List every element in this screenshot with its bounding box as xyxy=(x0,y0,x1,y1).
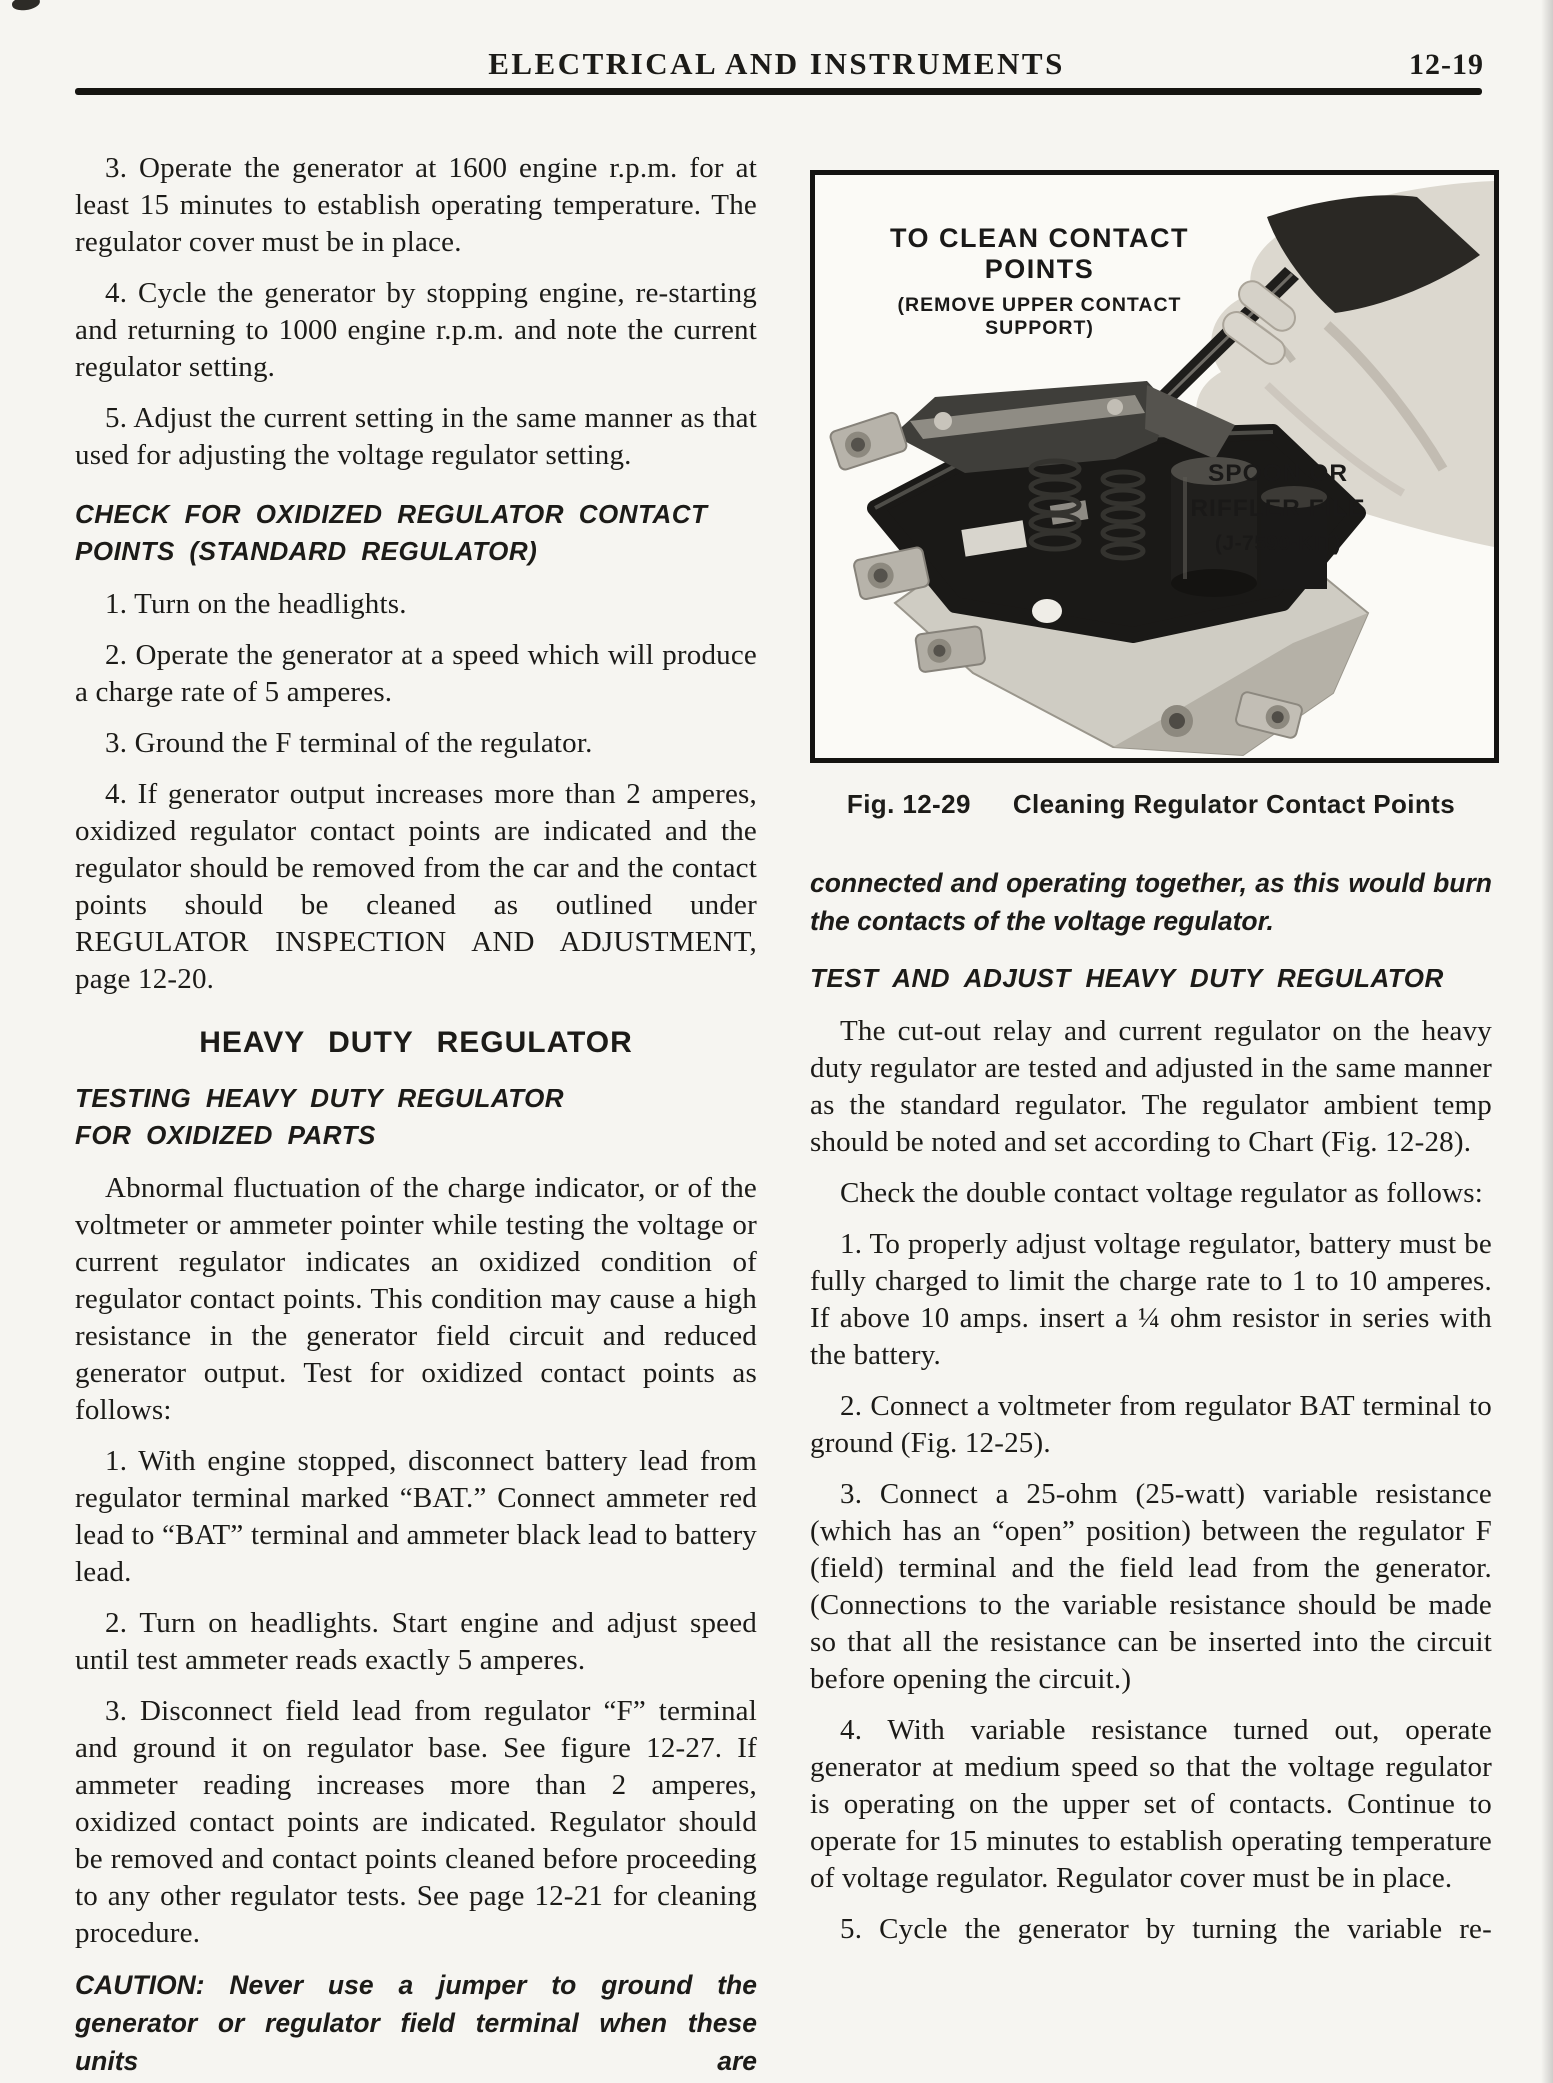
paragraph-engine-stopped: 1. With engine stopped, disconnect batte… xyxy=(75,1443,757,1591)
paragraph-disconnect-field-lead: 3. Disconnect field lead from regulator … xyxy=(75,1693,757,1952)
figure-label-line: (REMOVE UPPER CONTACT SUPPORT) xyxy=(867,294,1212,340)
paragraph-check-double-contact: Check the double contact voltage regulat… xyxy=(810,1175,1492,1212)
left-column: 3. Operate the generator at 1600 engine … xyxy=(75,150,757,2080)
section-heading-check-oxidized: CHECK FOR OXIDIZED REGULATOR CONTACT POI… xyxy=(75,496,757,570)
section-heading-heavy-duty-regulator: HEAVY DUTY REGULATOR xyxy=(75,1026,757,1060)
figure-caption-number: Fig. 12-29 xyxy=(847,789,971,819)
paragraph-generator-output: 4. If generator output increases more th… xyxy=(75,776,757,998)
paragraph-connected-continuation: connected and operating together, as thi… xyxy=(810,864,1492,940)
figure-label-clean-contact-points: TO CLEAN CONTACT POINTS (REMOVE UPPER CO… xyxy=(867,223,1212,340)
caution-note: CAUTION: Never use a jumper to ground th… xyxy=(75,1966,757,2080)
paragraph-operate-speed: 2. Operate the generator at a speed whic… xyxy=(75,637,757,711)
figure-caption-title: Cleaning Regulator Contact Points xyxy=(1013,789,1455,819)
figure-label-spoon-riffler-file: SPOON OR RIFFLER FILE (J-7590-KIT) xyxy=(1173,456,1383,561)
paragraph-cutout-relay: The cut-out relay and current regulator … xyxy=(810,1013,1492,1161)
paragraph-connect-voltmeter: 2. Connect a voltmeter from regulator BA… xyxy=(810,1388,1492,1462)
paragraph-variable-resistance: 4. With variable resistance turned out, … xyxy=(810,1712,1492,1897)
paragraph-adjust-current: 5. Adjust the current setting in the sam… xyxy=(75,400,757,474)
paragraph-cycle-generator: 4. Cycle the generator by stopping engin… xyxy=(75,275,757,386)
paragraph-turn-on-headlights: 1. Turn on the headlights. xyxy=(75,586,757,623)
figure-caption: Fig. 12-29Cleaning Regulator Contact Poi… xyxy=(810,789,1492,820)
page-title: ELECTRICAL AND INSTRUMENTS xyxy=(0,46,1553,82)
figure-box: TO CLEAN CONTACT POINTS (REMOVE UPPER CO… xyxy=(810,170,1499,763)
section-heading-testing-heavy-duty: TESTING HEAVY DUTY REGULATOR FOR OXIDIZE… xyxy=(75,1080,757,1154)
paragraph-adjust-voltage-regulator: 1. To properly adjust voltage regulator,… xyxy=(810,1226,1492,1374)
header-rule xyxy=(75,88,1482,95)
heading-line: FOR OXIDIZED PARTS xyxy=(75,1117,757,1154)
page-number: 12-19 xyxy=(1409,48,1484,82)
heading-line: POINTS (STANDARD REGULATOR) xyxy=(75,533,757,570)
paragraph-cycle-generator-variable: 5. Cycle the generator by turning the va… xyxy=(810,1911,1492,1948)
heading-line: TEST AND ADJUST HEAVY DUTY REGULATOR xyxy=(810,960,1492,997)
paragraph-ground-terminal: 3. Ground the F terminal of the regulato… xyxy=(75,725,757,762)
page-edge-shadow xyxy=(1541,0,1553,2083)
figure-label-line: (J-7590-KIT) xyxy=(1173,526,1383,561)
figure-label-line: RIFFLER FILE xyxy=(1173,491,1383,526)
paragraph-abnormal-fluctuation: Abnormal fluctuation of the charge indic… xyxy=(75,1170,757,1429)
paragraph-connect-resistance: 3. Connect a 25-ohm (25-watt) variable r… xyxy=(810,1476,1492,1698)
scan-artifact xyxy=(11,0,40,11)
manual-page: { "header": { "title": "ELECTRICAL AND I… xyxy=(0,0,1553,2083)
heading-line: TESTING HEAVY DUTY REGULATOR xyxy=(75,1080,757,1117)
heading-line: CHECK FOR OXIDIZED REGULATOR CONTACT xyxy=(75,496,757,533)
right-column: TO CLEAN CONTACT POINTS (REMOVE UPPER CO… xyxy=(810,150,1492,1962)
figure-label-line: TO CLEAN CONTACT POINTS xyxy=(867,223,1212,285)
figure-label-line: SPOON OR xyxy=(1173,456,1383,491)
section-heading-test-adjust-heavy-duty: TEST AND ADJUST HEAVY DUTY REGULATOR xyxy=(810,960,1492,997)
paragraph-operate-generator: 3. Operate the generator at 1600 engine … xyxy=(75,150,757,261)
paragraph-turn-on-headlights-start: 2. Turn on headlights. Start engine and … xyxy=(75,1605,757,1679)
